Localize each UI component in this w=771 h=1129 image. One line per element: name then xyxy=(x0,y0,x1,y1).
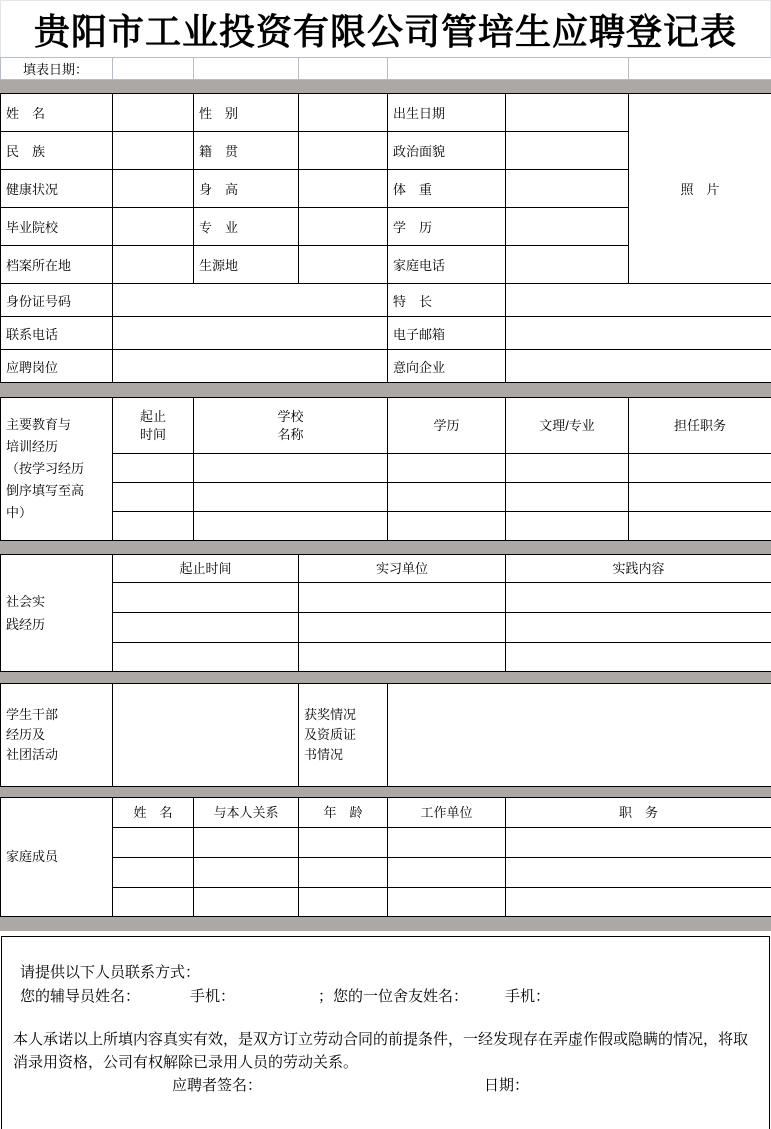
award-certificate-value[interactable] xyxy=(388,684,771,787)
field-value-student-origin[interactable] xyxy=(299,246,388,284)
education-header-degree: 学历 xyxy=(388,398,506,454)
advisor-mobile-label: 手机： xyxy=(190,988,235,1006)
separator-bar xyxy=(0,917,771,931)
education-cell-period[interactable] xyxy=(113,512,194,541)
family-cell-age[interactable] xyxy=(299,858,388,888)
education-header-school: 学校 名称 xyxy=(194,398,388,454)
education-cell-position[interactable] xyxy=(629,483,771,512)
social-cell-period[interactable] xyxy=(113,613,299,643)
field-label-position-applied: 应聘岗位 xyxy=(1,350,113,383)
fill-date-cell[interactable] xyxy=(299,58,388,80)
photo-placeholder: 照 片 xyxy=(629,94,771,284)
applicant-signature-label: 应聘者签名： xyxy=(172,1077,262,1095)
contact-intro-line: 请提供以下人员联系方式： xyxy=(20,964,200,982)
social-practice-section-label: 社会实 践经历 xyxy=(1,555,113,672)
field-value-intended-company[interactable] xyxy=(506,350,771,383)
social-cell-period[interactable] xyxy=(113,583,299,613)
field-value-ethnicity[interactable] xyxy=(113,132,194,170)
field-value-height[interactable] xyxy=(299,170,388,208)
student-cadre-label: 学生干部 经历及 社团活动 xyxy=(1,684,113,787)
family-cell-name[interactable] xyxy=(113,858,194,888)
student-cadre-value[interactable] xyxy=(113,684,299,787)
field-label-archive-location: 档案所在地 xyxy=(1,246,113,284)
family-table: 家庭成员 姓 名 与本人关系 年 龄 工作单位 职 务 xyxy=(0,797,771,917)
education-cell-position[interactable] xyxy=(629,454,771,483)
education-header-major: 文理/专业 xyxy=(506,398,629,454)
family-cell-workplace[interactable] xyxy=(388,828,506,858)
field-value-major[interactable] xyxy=(299,208,388,246)
form-date-row: 填表日期： xyxy=(0,57,771,80)
fill-date-cell[interactable] xyxy=(113,58,194,80)
field-label-ethnicity: 民 族 xyxy=(1,132,113,170)
signature-date-label: 日期： xyxy=(484,1077,529,1095)
family-section-label: 家庭成员 xyxy=(1,798,113,917)
separator-bar xyxy=(0,80,771,93)
social-header-content: 实践内容 xyxy=(506,555,771,583)
family-header-age: 年 龄 xyxy=(299,798,388,828)
field-value-archive-location[interactable] xyxy=(113,246,194,284)
field-value-weight[interactable] xyxy=(506,170,629,208)
family-cell-workplace[interactable] xyxy=(388,858,506,888)
field-label-major: 专 业 xyxy=(194,208,299,246)
education-header-period: 起止 时间 xyxy=(113,398,194,454)
field-label-name: 姓 名 xyxy=(1,94,113,132)
education-section-label: 主要教育与 培训经历 （按学习经历 倒序填写至高 中） xyxy=(1,398,113,541)
field-value-education-level[interactable] xyxy=(506,208,629,246)
roommate-name-label: ；您的一位舍友姓名： xyxy=(318,988,468,1006)
field-label-student-origin: 生源地 xyxy=(194,246,299,284)
fill-date-cell[interactable] xyxy=(629,58,771,80)
field-value-contact-phone[interactable] xyxy=(113,317,388,350)
advisor-name-label: 您的辅导员姓名： xyxy=(20,988,140,1006)
field-value-graduate-school[interactable] xyxy=(113,208,194,246)
education-cell-degree[interactable] xyxy=(388,454,506,483)
social-cell-unit[interactable] xyxy=(299,643,506,672)
social-cell-content[interactable] xyxy=(506,583,771,613)
education-cell-period[interactable] xyxy=(113,483,194,512)
application-form: 贵阳市工业投资有限公司管培生应聘登记表 填表日期： 姓 名 性 别 出生 xyxy=(0,0,771,1129)
fill-date-label: 填表日期： xyxy=(1,58,113,80)
family-cell-name[interactable] xyxy=(113,828,194,858)
social-cell-content[interactable] xyxy=(506,613,771,643)
social-cell-period[interactable] xyxy=(113,643,299,672)
field-label-education-level: 学 历 xyxy=(388,208,506,246)
field-value-health[interactable] xyxy=(113,170,194,208)
family-cell-relation[interactable] xyxy=(194,888,299,917)
fill-date-cell[interactable] xyxy=(388,58,629,80)
education-table: 主要教育与 培训经历 （按学习经历 倒序填写至高 中） 起止 时间 学校 名称 … xyxy=(0,397,771,541)
pledge-paragraph: 本人承诺以上所填内容真实有效，是双方订立劳动合同的前提条件，一经发现存在弄虚作假… xyxy=(13,1028,759,1074)
separator-bar xyxy=(0,541,771,554)
field-value-birth-date[interactable] xyxy=(506,94,629,132)
family-cell-position[interactable] xyxy=(506,828,771,858)
education-cell-major[interactable] xyxy=(506,512,629,541)
education-cell-degree[interactable] xyxy=(388,512,506,541)
family-header-workplace: 工作单位 xyxy=(388,798,506,828)
family-cell-position[interactable] xyxy=(506,888,771,917)
social-cell-content[interactable] xyxy=(506,643,771,672)
family-cell-relation[interactable] xyxy=(194,828,299,858)
field-value-specialty[interactable] xyxy=(506,284,771,317)
family-header-name: 姓 名 xyxy=(113,798,194,828)
field-value-name[interactable] xyxy=(113,94,194,132)
education-cell-major[interactable] xyxy=(506,483,629,512)
field-value-email[interactable] xyxy=(506,317,771,350)
field-value-home-phone[interactable] xyxy=(506,246,629,284)
family-cell-age[interactable] xyxy=(299,828,388,858)
field-label-height: 身 高 xyxy=(194,170,299,208)
education-cell-major[interactable] xyxy=(506,454,629,483)
separator-bar xyxy=(0,383,771,397)
award-certificate-label: 获奖情况 及资质证 书情况 xyxy=(299,684,388,787)
family-cell-workplace[interactable] xyxy=(388,888,506,917)
field-label-email: 电子邮箱 xyxy=(388,317,506,350)
field-label-political-status: 政治面貌 xyxy=(388,132,506,170)
family-cell-relation[interactable] xyxy=(194,858,299,888)
form-title: 贵阳市工业投资有限公司管培生应聘登记表 xyxy=(0,0,771,57)
education-cell-school[interactable] xyxy=(194,454,388,483)
field-label-health: 健康状况 xyxy=(1,170,113,208)
social-cell-unit[interactable] xyxy=(299,613,506,643)
education-cell-position[interactable] xyxy=(629,512,771,541)
field-label-graduate-school: 毕业院校 xyxy=(1,208,113,246)
separator-bar xyxy=(0,672,771,683)
fill-date-cell[interactable] xyxy=(194,58,299,80)
field-label-birth-date: 出生日期 xyxy=(388,94,506,132)
family-cell-position[interactable] xyxy=(506,858,771,888)
field-label-specialty: 特 长 xyxy=(388,284,506,317)
student-cadre-table: 学生干部 经历及 社团活动 获奖情况 及资质证 书情况 xyxy=(0,683,771,787)
roommate-mobile-label: 手机： xyxy=(505,988,550,1006)
family-header-relation: 与本人关系 xyxy=(194,798,299,828)
field-label-contact-phone: 联系电话 xyxy=(1,317,113,350)
field-label-weight: 体 重 xyxy=(388,170,506,208)
field-label-gender: 性 别 xyxy=(194,94,299,132)
field-label-intended-company: 意向企业 xyxy=(388,350,506,383)
social-practice-table: 社会实 践经历 起止时间 实习单位 实践内容 xyxy=(0,554,771,672)
field-label-home-phone: 家庭电话 xyxy=(388,246,506,284)
social-header-unit: 实习单位 xyxy=(299,555,506,583)
social-header-period: 起止时间 xyxy=(113,555,299,583)
education-cell-period[interactable] xyxy=(113,454,194,483)
field-value-native-place[interactable] xyxy=(299,132,388,170)
social-cell-unit[interactable] xyxy=(299,583,506,613)
field-value-position-applied[interactable] xyxy=(113,350,388,383)
field-value-political-status[interactable] xyxy=(506,132,629,170)
education-cell-school[interactable] xyxy=(194,512,388,541)
education-cell-degree[interactable] xyxy=(388,483,506,512)
family-header-position: 职 务 xyxy=(506,798,771,828)
personal-info-table: 姓 名 性 别 出生日期 照 片 民 族 籍 贯 政治面貌 健康状况 身 高 体… xyxy=(0,93,771,383)
field-label-native-place: 籍 贯 xyxy=(194,132,299,170)
family-cell-age[interactable] xyxy=(299,888,388,917)
separator-bar xyxy=(0,787,771,797)
field-value-gender[interactable] xyxy=(299,94,388,132)
field-value-id-number[interactable] xyxy=(113,284,388,317)
field-label-id-number: 身份证号码 xyxy=(1,284,113,317)
footer-notes: 请提供以下人员联系方式： 您的辅导员姓名： 手机： ；您的一位舍友姓名： 手机：… xyxy=(1,936,770,1129)
education-header-position: 担任职务 xyxy=(629,398,771,454)
education-cell-school[interactable] xyxy=(194,483,388,512)
family-cell-name[interactable] xyxy=(113,888,194,917)
